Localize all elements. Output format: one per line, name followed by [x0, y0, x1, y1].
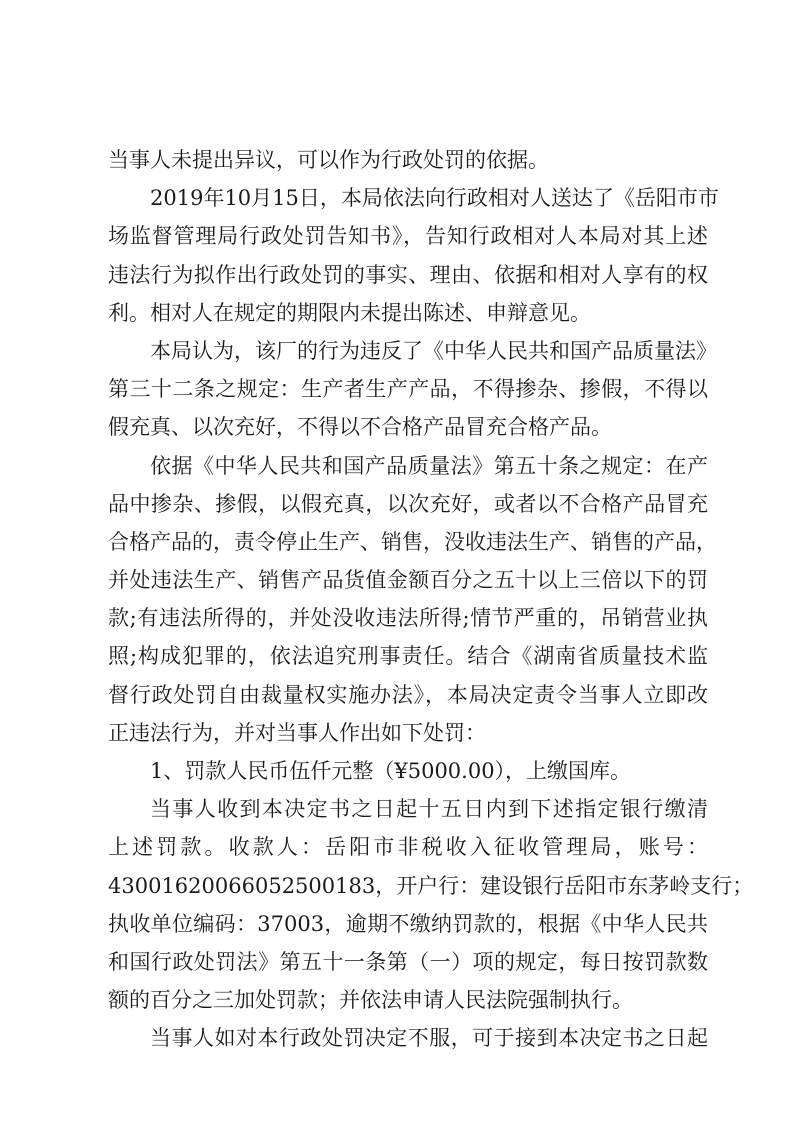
paragraph-conclusion-basis: 当事人未提出异议，可以作为行政处罚的依据。	[108, 141, 708, 179]
text-line: 额的百分之三加处罚款；并依法申请人民法院强制执行。	[108, 981, 708, 1019]
text-line: 2019年10月15日，本局依法向行政相对人送达了《岳阳市市	[108, 179, 708, 217]
text-line: 当事人收到本决定书之日起十五日内到下述指定银行缴清	[108, 790, 708, 828]
text-line: 执收单位编码：37003，逾期不缴纳罚款的，根据《中华人民共	[108, 905, 708, 943]
text-line: 43001620066052500183，开户行：建设银行岳阳市东茅岭支行；	[108, 867, 708, 905]
text-line: 和国行政处罚法》第五十一条第（一）项的规定，每日按罚款数	[108, 943, 708, 981]
text-line: 假充真、以次充好，不得以不合格产品冒充合格产品。	[108, 408, 708, 446]
text-line: 款;有违法所得的，并处没收违法所得;情节严重的，吊销营业执	[108, 599, 708, 637]
text-line: 照;构成犯罪的，依法追究刑事责任。结合《湖南省质量技术监	[108, 637, 708, 675]
text-line: 正违法行为，并对当事人作出如下处罚：	[108, 714, 708, 752]
text-line: 1、罚款人民币伍仟元整（¥5000.00），上缴国库。	[108, 752, 708, 790]
text-line: 违法行为拟作出行政处罚的事实、理由、依据和相对人享有的权	[108, 256, 708, 294]
text-line: 当事人如对本行政处罚决定不服，可于接到本决定书之日起	[108, 1019, 708, 1057]
paragraph-appeal-rights: 当事人如对本行政处罚决定不服，可于接到本决定书之日起	[108, 1019, 708, 1057]
paragraph-notice-delivery: 2019年10月15日，本局依法向行政相对人送达了《岳阳市市 场监督管理局行政处…	[108, 179, 708, 332]
document-page: 当事人未提出异议，可以作为行政处罚的依据。 2019年10月15日，本局依法向行…	[108, 141, 708, 1058]
paragraph-legal-basis: 依据《中华人民共和国产品质量法》第五十条之规定：在产 品中掺杂、掺假，以假充真，…	[108, 447, 708, 753]
text-line: 督行政处罚自由裁量权实施办法》，本局决定责令当事人立即改	[108, 676, 708, 714]
text-line: 合格产品的，责令停止生产、销售，没收违法生产、销售的产品，	[108, 523, 708, 561]
text-line: 本局认为，该厂的行为违反了《中华人民共和国产品质量法》	[108, 332, 708, 370]
text-line: 场监督管理局行政处罚告知书》，告知行政相对人本局对其上述	[108, 217, 708, 255]
text-line: 依据《中华人民共和国产品质量法》第五十条之规定：在产	[108, 447, 708, 485]
text-line: 利。相对人在规定的期限内未提出陈述、申辩意见。	[108, 294, 708, 332]
paragraph-payment-instructions: 当事人收到本决定书之日起十五日内到下述指定银行缴清 上述罚款。收款人：岳阳市非税…	[108, 790, 708, 1019]
text-line: 上述罚款。收款人：岳阳市非税收入征收管理局，账号：	[108, 828, 708, 866]
text-line: 第三十二条之规定：生产者生产产品，不得掺杂、掺假，不得以	[108, 370, 708, 408]
text-line: 品中掺杂、掺假，以假充真，以次充好，或者以不合格产品冒充	[108, 485, 708, 523]
text-line: 并处违法生产、销售产品货值金额百分之五十以上三倍以下的罚	[108, 561, 708, 599]
paragraph-violation-finding: 本局认为，该厂的行为违反了《中华人民共和国产品质量法》 第三十二条之规定：生产者…	[108, 332, 708, 447]
paragraph-penalty-item: 1、罚款人民币伍仟元整（¥5000.00），上缴国库。	[108, 752, 708, 790]
text-line: 当事人未提出异议，可以作为行政处罚的依据。	[108, 141, 708, 179]
